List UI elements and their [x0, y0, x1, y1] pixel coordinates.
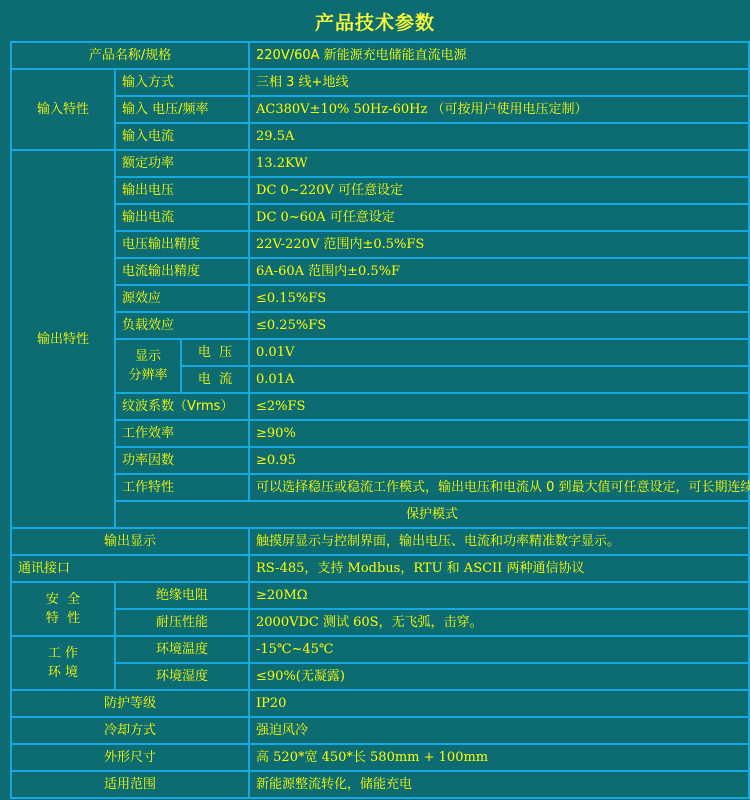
row-label: 输入电流	[115, 123, 249, 150]
row-value: ≥20MΩ	[249, 582, 749, 609]
row-label: 源效应	[115, 285, 249, 312]
row-label: 输出电流	[115, 204, 249, 231]
row-label: 电流输出精度	[115, 258, 249, 285]
table-row: 电流输出精度 6A-60A 范围内±0.5%F	[11, 258, 749, 285]
row-value: DC 0~60A 可任意设定	[249, 204, 749, 231]
row-value: -15℃~45℃	[249, 636, 749, 663]
row-value: 29.5A	[249, 123, 749, 150]
row-value: 6A-60A 范围内±0.5%F	[249, 258, 749, 285]
row-label: 保护模式	[115, 501, 749, 528]
row-value: ≤0.25%FS	[249, 312, 749, 339]
row-label: 防护等级	[11, 690, 249, 717]
resolution-current-label: 电 流	[181, 366, 249, 393]
group-label-output: 输出特性	[11, 150, 115, 528]
row-label: 外形尺寸	[11, 744, 249, 771]
row-value: 高 520*宽 450*长 580mm + 100mm	[249, 744, 749, 771]
safety-label-line2: 特 性	[46, 611, 80, 626]
table-row: 适用范围 新能源整流转化，储能充电	[11, 771, 749, 798]
resolution-label-line2: 分辨率	[128, 368, 167, 383]
table-row: 工作特性 可以选择稳压或稳流工作模式，输出电压和电流从 0 到最大值可任意设定，…	[11, 474, 749, 501]
row-label: 工作效率	[115, 420, 249, 447]
row-value: 新能源整流转化，储能充电	[249, 771, 749, 798]
table-row: 耐压性能 2000VDC 测试 60S，无飞弧，击穿。	[11, 609, 749, 636]
row-label: 功率因数	[115, 447, 249, 474]
table-row: 纹波系数（Vrms） ≤2%FS	[11, 393, 749, 420]
page-title: 产品技术参数	[0, 8, 750, 35]
table-row: 保护模式 具有过热、过压、过流、短路等故障自动保护功能	[11, 501, 749, 528]
row-value: 三相 3 线+地线	[249, 69, 749, 96]
row-label: 输入 电压/频率	[115, 96, 249, 123]
table-row: 冷却方式 强迫风冷	[11, 717, 749, 744]
row-label: 工作特性	[115, 474, 249, 501]
table-row: 产品名称/规格 220V/60A 新能源充电储能直流电源	[11, 42, 749, 69]
table-row: 输出电压 DC 0~220V 可任意设定	[11, 177, 749, 204]
resolution-label: 显示 分辨率	[115, 339, 181, 393]
row-value: DC 0~220V 可任意设定	[249, 177, 749, 204]
table-row: 功率因数 ≥0.95	[11, 447, 749, 474]
table-row: 外形尺寸 高 520*宽 450*长 580mm + 100mm	[11, 744, 749, 771]
row-value: ≥90%	[249, 420, 749, 447]
row-value: AC380V±10% 50Hz-60Hz （可按用户使用电压定制）	[249, 96, 749, 123]
row-label: 绝缘电阻	[115, 582, 249, 609]
table-row: 负载效应 ≤0.25%FS	[11, 312, 749, 339]
table-row: 输入 电压/频率 AC380V±10% 50Hz-60Hz （可按用户使用电压定…	[11, 96, 749, 123]
row-value: 触摸屏显示与控制界面，输出电压、电流和功率精准数字显示。	[249, 528, 749, 555]
safety-label-line1: 安 全	[46, 592, 80, 607]
row-value: ≤0.15%FS	[249, 285, 749, 312]
row-label: 产品名称/规格	[11, 42, 249, 69]
row-label: 纹波系数（Vrms）	[115, 393, 249, 420]
table-row: 环境湿度 ≤90%(无凝露)	[11, 663, 749, 690]
row-value: RS-485，支持 Modbus，RTU 和 ASCII 两种通信协议	[249, 555, 749, 582]
row-value: IP20	[249, 690, 749, 717]
resolution-voltage-value: 0.01V	[249, 339, 749, 366]
table-row: 电压输出精度 22V-220V 范围内±0.5%FS	[11, 231, 749, 258]
table-row: 防护等级 IP20	[11, 690, 749, 717]
row-label: 冷却方式	[11, 717, 249, 744]
row-value: ≤90%(无凝露)	[249, 663, 749, 690]
row-label: 额定功率	[115, 150, 249, 177]
resolution-current-value: 0.01A	[249, 366, 749, 393]
row-label: 环境湿度	[115, 663, 249, 690]
table-row: 输入特性 输入方式 三相 3 线+地线	[11, 69, 749, 96]
group-label-environment: 工 作 环 境	[11, 636, 115, 690]
table-row: 源效应 ≤0.15%FS	[11, 285, 749, 312]
table-row: 显示 分辨率 电 压 0.01V	[11, 339, 749, 366]
environment-label-line2: 环 境	[48, 665, 78, 680]
table-row: 输入电流 29.5A	[11, 123, 749, 150]
row-value: 22V-220V 范围内±0.5%FS	[249, 231, 749, 258]
row-label: 环境温度	[115, 636, 249, 663]
resolution-voltage-label: 电 压	[181, 339, 249, 366]
row-value: 2000VDC 测试 60S，无飞弧，击穿。	[249, 609, 749, 636]
table-row: 通讯接口 RS-485，支持 Modbus，RTU 和 ASCII 两种通信协议	[11, 555, 749, 582]
row-label: 耐压性能	[115, 609, 249, 636]
table-row: 安 全 特 性 绝缘电阻 ≥20MΩ	[11, 582, 749, 609]
row-value: ≤2%FS	[249, 393, 749, 420]
row-label: 输出显示	[11, 528, 249, 555]
table-row: 输出特性 额定功率 13.2KW	[11, 150, 749, 177]
spec-table: 产品名称/规格 220V/60A 新能源充电储能直流电源 输入特性 输入方式 三…	[10, 41, 750, 799]
table-row: 输出电流 DC 0~60A 可任意设定	[11, 204, 749, 231]
table-row: 工 作 环 境 环境温度 -15℃~45℃	[11, 636, 749, 663]
row-value: 220V/60A 新能源充电储能直流电源	[249, 42, 749, 69]
row-value: ≥0.95	[249, 447, 749, 474]
table-row: 工作效率 ≥90%	[11, 420, 749, 447]
row-label: 适用范围	[11, 771, 249, 798]
environment-label-line1: 工 作	[48, 646, 78, 661]
group-label-input: 输入特性	[11, 69, 115, 150]
group-label-safety: 安 全 特 性	[11, 582, 115, 636]
row-label: 输入方式	[115, 69, 249, 96]
row-value: 强迫风冷	[249, 717, 749, 744]
row-label: 输出电压	[115, 177, 249, 204]
row-value: 可以选择稳压或稳流工作模式，输出电压和电流从 0 到最大值可任意设定，可长期连续…	[249, 474, 749, 501]
table-row: 输出显示 触摸屏显示与控制界面，输出电压、电流和功率精准数字显示。	[11, 528, 749, 555]
row-label: 负载效应	[115, 312, 249, 339]
resolution-label-line1: 显示	[135, 349, 161, 364]
row-label: 通讯接口	[11, 555, 249, 582]
row-label: 电压输出精度	[115, 231, 249, 258]
row-value: 13.2KW	[249, 150, 749, 177]
